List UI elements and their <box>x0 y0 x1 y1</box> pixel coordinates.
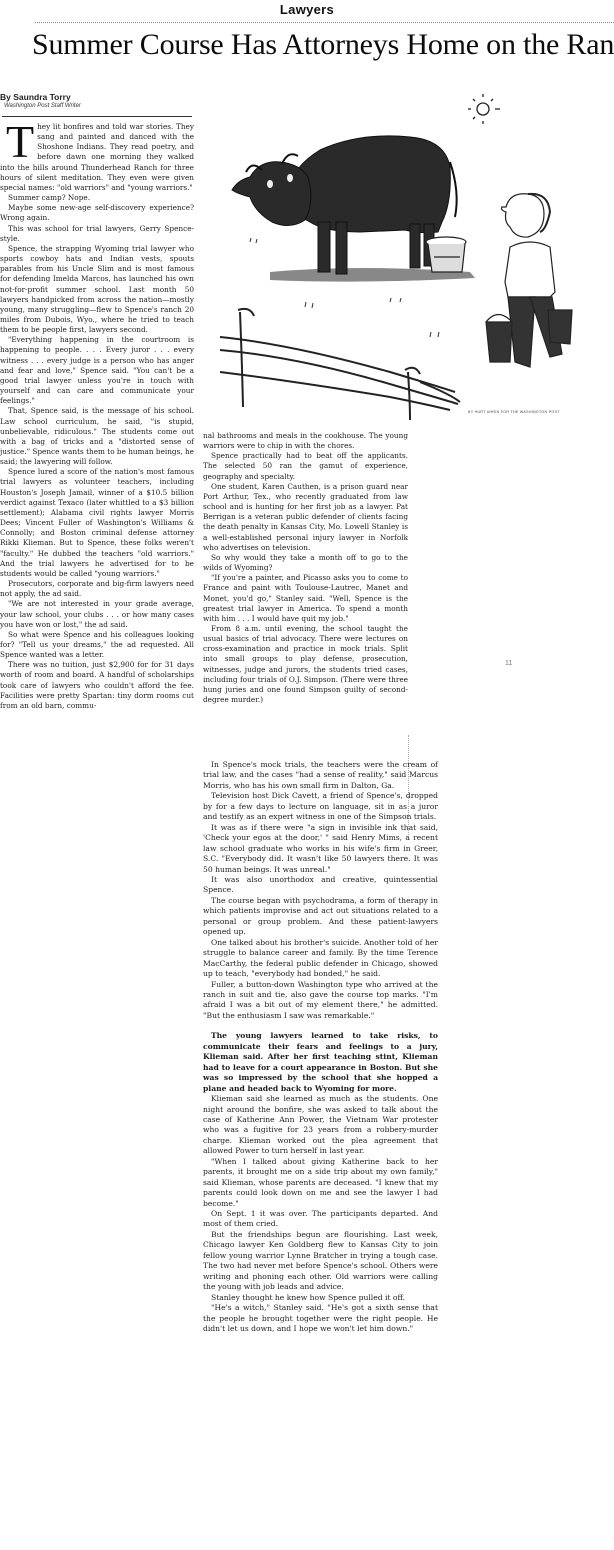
paragraph: "Everything happening in the courtroom i… <box>0 335 194 406</box>
paragraph: On Sept. 1 it was over. The participants… <box>203 1209 438 1230</box>
paragraph: In Spence's mock trials, the teachers we… <box>203 760 438 791</box>
paragraph: "He's a witch," Stanley said. "He's got … <box>203 1303 438 1334</box>
paragraph: Maybe some new-age self-discovery experi… <box>0 203 194 223</box>
paragraph: It was as if there were "a sign in invis… <box>203 823 438 875</box>
paragraph: One student, Karen Cauthen, is a prison … <box>203 482 408 553</box>
paragraph: Klieman said she learned as much as the … <box>203 1094 438 1157</box>
paragraph: "If you're a painter, and Picasso asks y… <box>203 573 408 624</box>
paragraph: It was also unorthodox and creative, qui… <box>203 875 438 896</box>
illustration-credit: BY HURT AHRIN FOR THE WASHINGTON POST <box>468 410 560 414</box>
cow <box>232 136 457 274</box>
paragraph: Spence lured a score of the nation's mos… <box>0 467 194 579</box>
paragraph: That, Spence said, is the message of his… <box>0 406 194 467</box>
paragraph: "We are not interested in your grade ave… <box>0 599 194 629</box>
drop-cap: T <box>6 122 34 162</box>
fence <box>220 309 460 420</box>
cow-and-farmer-illustration <box>210 82 614 422</box>
paragraph: Television host Dick Cavett, a friend of… <box>203 791 438 822</box>
paragraph: They lit bonfires and told war stories. … <box>0 122 194 193</box>
paragraph: Spence practically had to beat off the a… <box>203 451 408 481</box>
paragraph: Prosecutors, corporate and big-firm lawy… <box>0 579 194 599</box>
paragraph: One talked about his brother's suicide. … <box>203 938 438 980</box>
article-column-2: nal bathrooms and meals in the cookhouse… <box>203 431 408 705</box>
headline: Summer Course Has Attorneys Home on the … <box>32 28 614 62</box>
paragraph: Stanley thought he knew how Spence pulle… <box>203 1293 438 1303</box>
paragraph: Fuller, a button-down Washington type wh… <box>203 980 438 1022</box>
paragraph: So what were Spence and his colleagues l… <box>0 630 194 660</box>
milking-pail <box>426 237 466 272</box>
farmer <box>486 194 572 367</box>
byline-title: Washington Post Staff Writer <box>4 103 81 109</box>
section-label: Lawyers <box>0 2 614 17</box>
section-divider <box>35 22 614 23</box>
sun-icon <box>468 94 500 124</box>
paragraph: Spence, the strapping Wyoming trial lawy… <box>0 244 194 335</box>
paragraph: The course began with psychodrama, a for… <box>203 896 438 938</box>
paragraph: So why would they take a month off to go… <box>203 553 408 573</box>
byline-author: By Saundra Torry <box>0 92 71 102</box>
paragraph: Summer camp? Nope. <box>0 193 194 203</box>
paragraph: nal bathrooms and meals in the cookhouse… <box>203 431 408 451</box>
article-column-3: In Spence's mock trials, the teachers we… <box>203 760 438 1334</box>
paragraph: From 8 a.m. until evening, the school ta… <box>203 624 408 705</box>
page-mark: 11 <box>505 660 512 667</box>
cartoon-illustration <box>210 82 614 422</box>
paragraph: This was school for trial lawyers, Gerry… <box>0 224 194 244</box>
paragraph: But the friendships begun are flourishin… <box>203 1230 438 1293</box>
article-column-1: They lit bonfires and told war stories. … <box>0 122 194 711</box>
paragraph: "When I talked about giving Katherine ba… <box>203 1157 438 1209</box>
paragraph: There was no tuition, just $2,900 for fo… <box>0 660 194 711</box>
paragraph: The young lawyers learned to take risks,… <box>203 1031 438 1094</box>
